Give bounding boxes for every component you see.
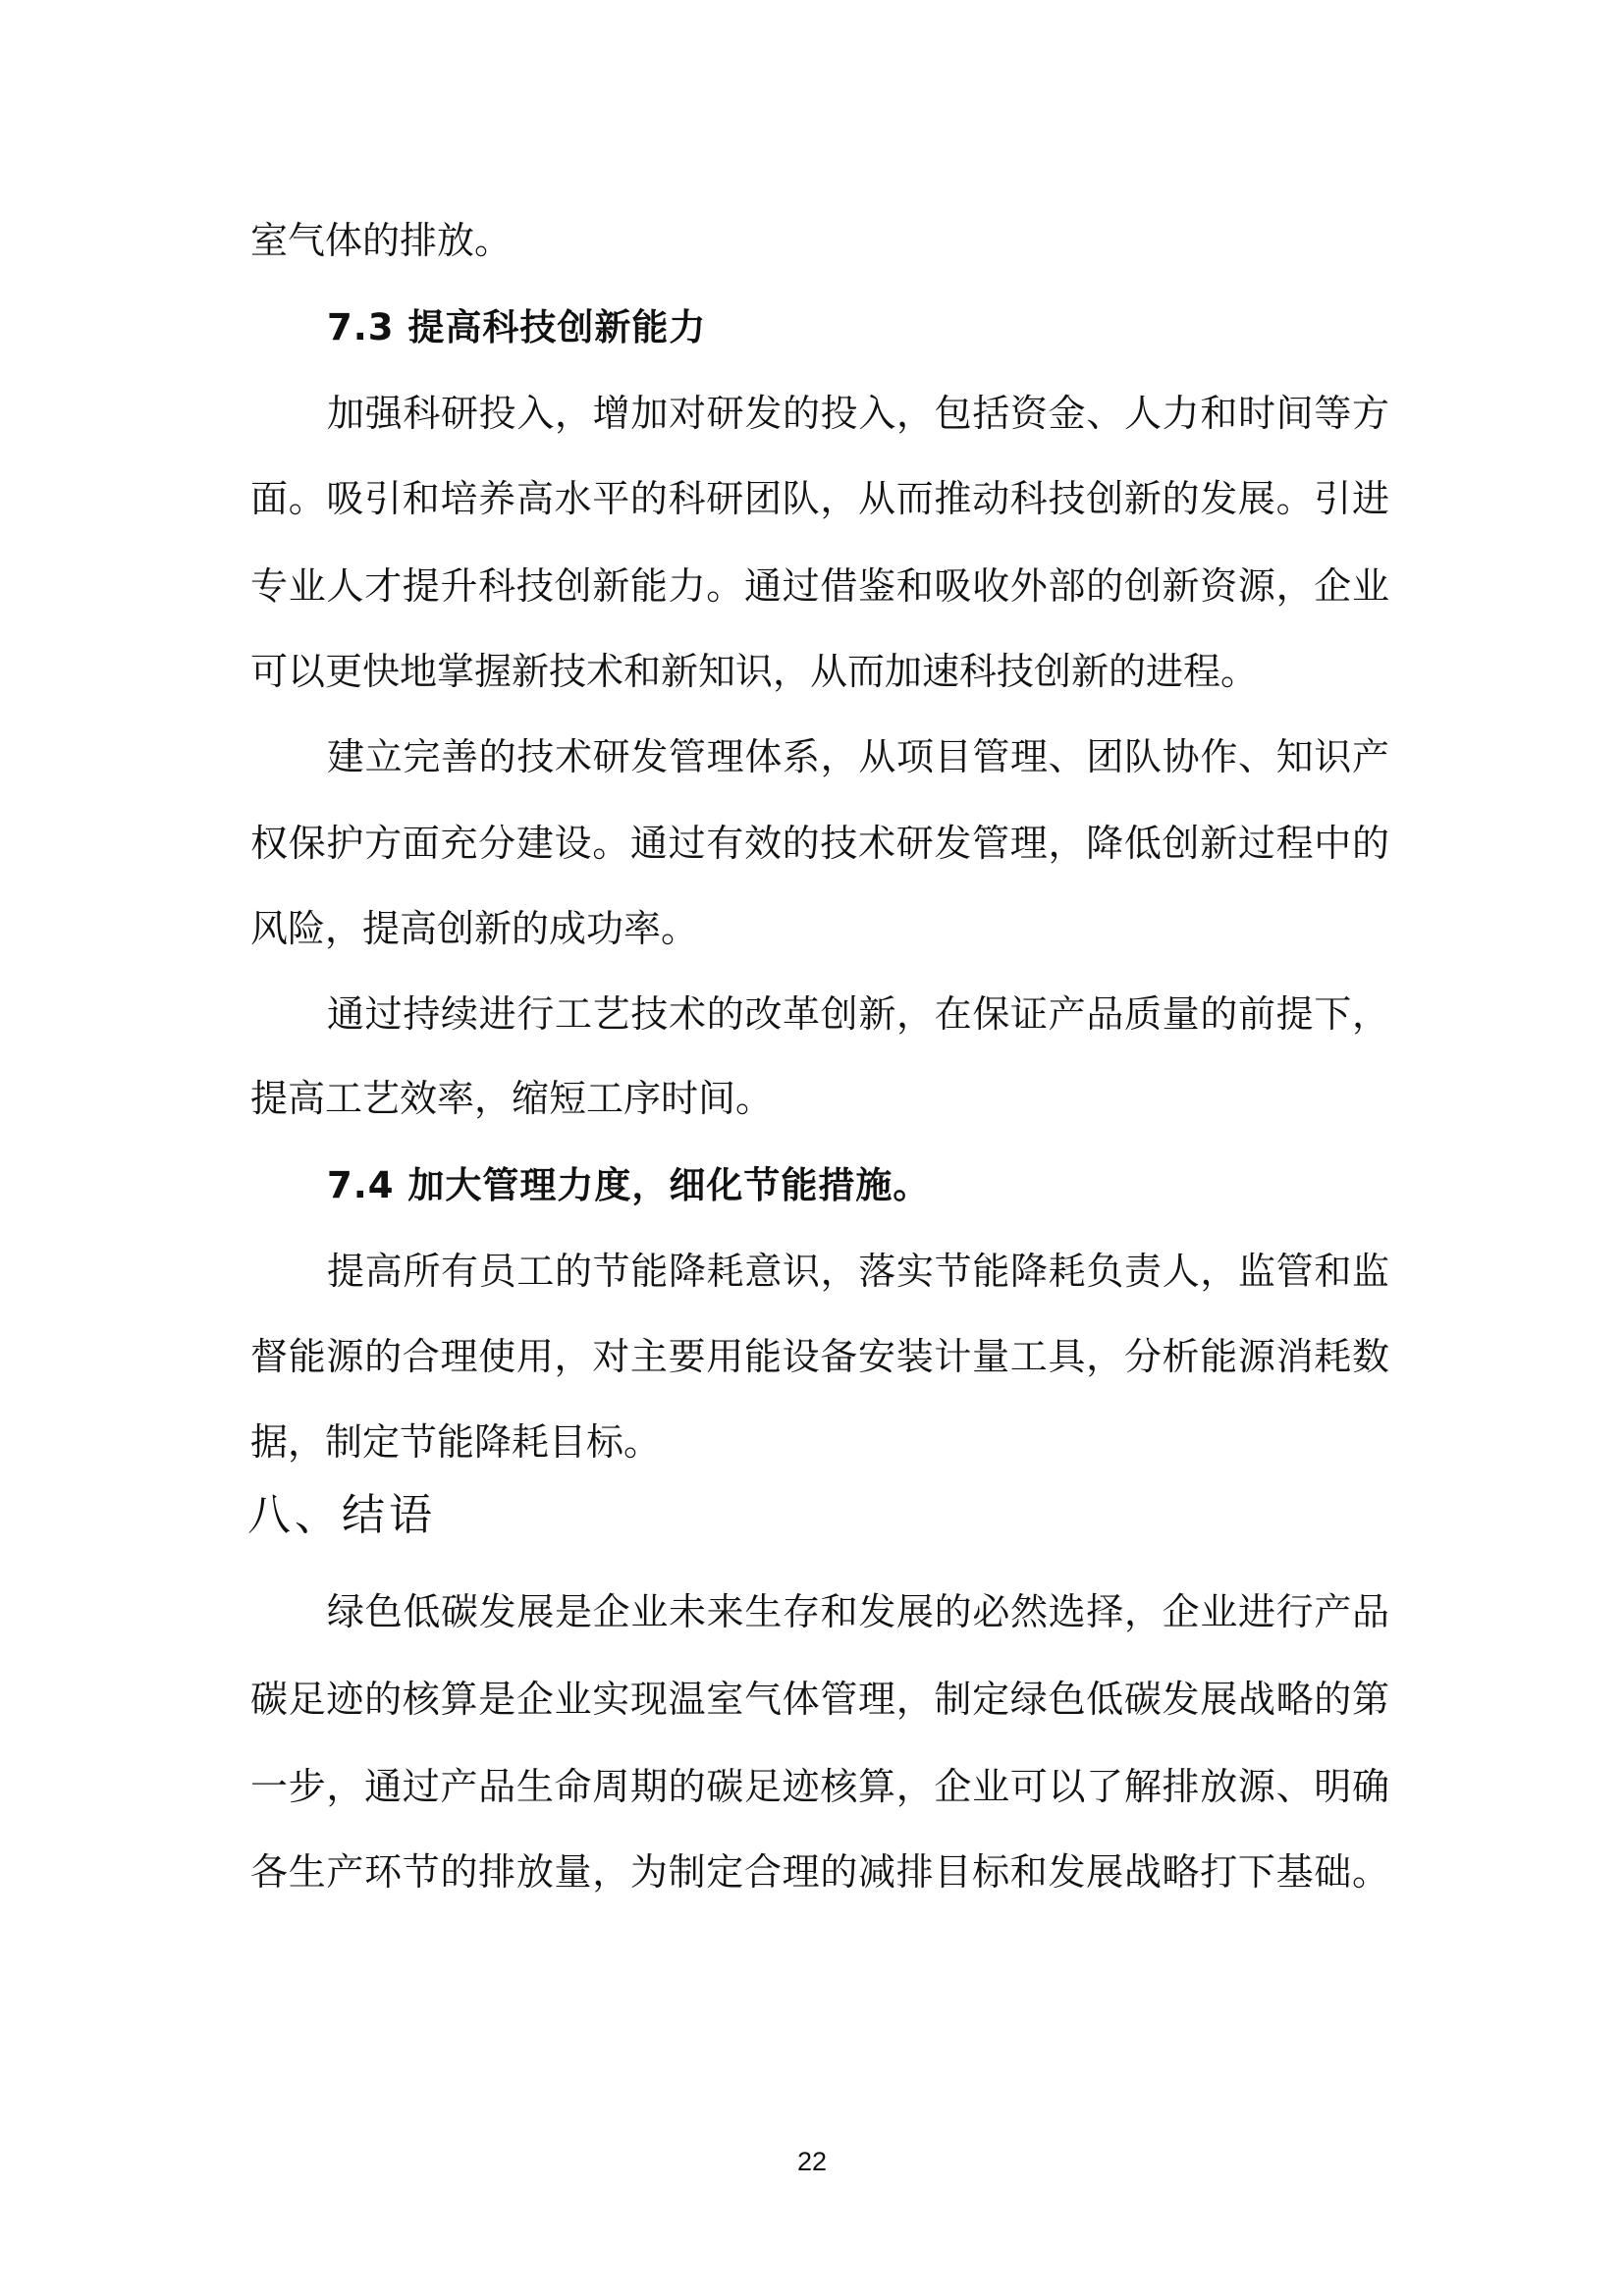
paragraph-line: 通过持续进行工艺技术的改革创新，在保证产品质量的前提下，	[327, 985, 1389, 1043]
paragraph-line: 各生产环节的排放量，为制定合理的减排目标和发展战略打下基础。	[250, 1842, 1389, 1901]
paragraph-line: 面。吸引和培养高水平的科研团队，从而推动科技创新的发展。引进	[250, 469, 1389, 528]
paragraph-line: 碳足迹的核算是企业实现温室气体管理，制定绿色低碳发展战略的第	[250, 1670, 1389, 1729]
paragraph-line: 提高所有员工的节能降耗意识，落实节能降耗负责人，监管和监	[327, 1242, 1389, 1301]
chapter-heading-8: 八、结语	[247, 1481, 436, 1550]
paragraph-line: 绿色低碳发展是企业未来生存和发展的必然选择，企业进行产品	[327, 1582, 1389, 1641]
paragraph-line: 提高工艺效率，缩短工序时间。	[250, 1069, 1389, 1128]
page-number: 22	[763, 2142, 861, 2181]
paragraph-line: 据，制定节能降耗目标。	[250, 1413, 1389, 1471]
section-heading-7-4: 7.4 加大管理力度，细化节能措施。	[327, 1156, 930, 1215]
paragraph-line: 风险，提高创新的成功率。	[250, 899, 1389, 958]
document-page: 室气体的排放。 7.3 提高科技创新能力 加强科研投入，增加对研发的投入，包括资…	[0, 0, 1624, 2296]
paragraph-line: 专业人才提升科技创新能力。通过借鉴和吸收外部的创新资源，企业	[250, 557, 1389, 615]
paragraph-line: 可以更快地掌握新技术和新知识，从而加速科技创新的进程。	[250, 642, 1389, 701]
paragraph-line: 督能源的合理使用，对主要用能设备安装计量工具，分析能源消耗数	[250, 1327, 1389, 1386]
paragraph-line: 加强科研投入，增加对研发的投入，包括资金、人力和时间等方	[327, 384, 1389, 443]
paragraph-line: 一步，通过产品生命周期的碳足迹核算，企业可以了解排放源、明确	[250, 1757, 1389, 1816]
continuation-text: 室气体的排放。	[250, 211, 1389, 270]
paragraph-line: 建立完善的技术研发管理体系，从项目管理、团队协作、知识产	[327, 727, 1389, 786]
section-heading-7-3: 7.3 提高科技创新能力	[327, 298, 706, 357]
paragraph-line: 权保护方面充分建设。通过有效的技术研发管理，降低创新过程中的	[250, 814, 1389, 873]
